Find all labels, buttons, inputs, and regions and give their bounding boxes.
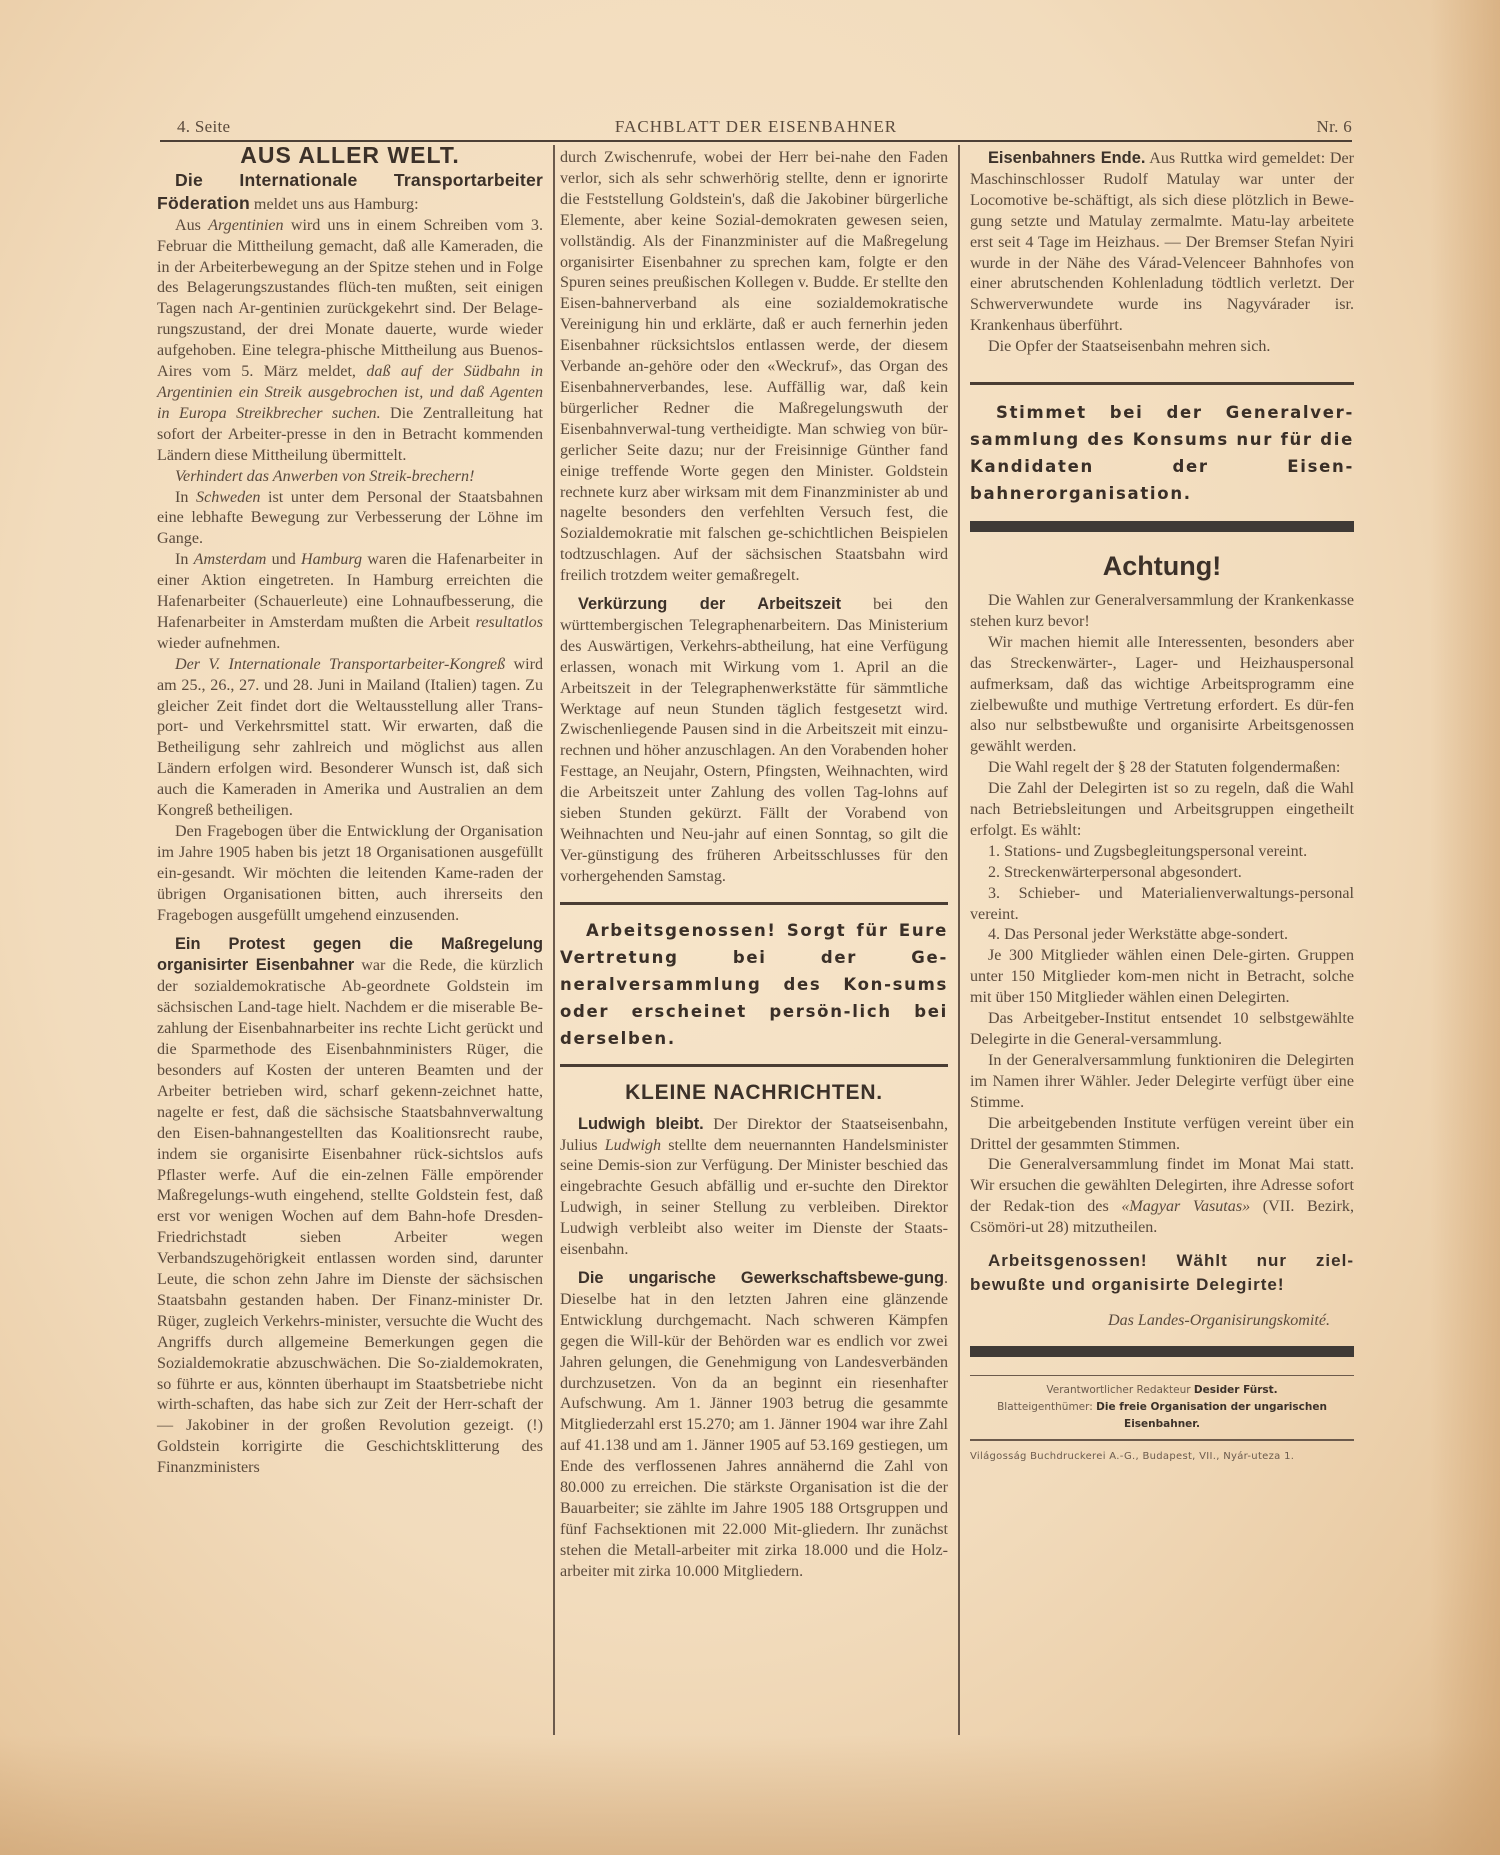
column-divider <box>553 145 555 1735</box>
notice-list-item: 1. Stations- und Zugsbegleitungspersonal… <box>970 842 1354 863</box>
article-working-hours: Verkürzung der Arbeitszeit bei den württ… <box>560 594 948 888</box>
article-lead: Verkürzung der Arbeitszeit <box>578 595 841 613</box>
article-lead: Eisenbahners Ende. <box>988 149 1145 167</box>
notice-paragraph: In der Generalversammlung funktioniren d… <box>970 1051 1354 1114</box>
separator-bar <box>970 521 1354 532</box>
article-lead: Ludwigh bleibt. <box>578 1115 704 1133</box>
notice-signature: Das Landes-Organisirungskomité. <box>970 1311 1330 1332</box>
notice-paragraph: Das Arbeitgeber-Institut entsendet 10 se… <box>970 1009 1354 1051</box>
article-protest: Ein Protest gegen die Maßregelung organi… <box>157 934 543 1480</box>
article-eisenbahners-ende: Eisenbahners Ende. Aus Ruttka wird gemel… <box>970 148 1354 337</box>
notice-appeal: Arbeitsgenossen! Wählt nur ziel-bewußte … <box>970 1249 1354 1297</box>
separator-bar <box>970 1346 1354 1357</box>
column-right: Eisenbahners Ende. Aus Ruttka wird gemel… <box>970 148 1354 1468</box>
article-protest-continued: durch Zwischenrufe, wobei der Herr bei-n… <box>560 148 948 587</box>
notice-title-achtung: Achtung! <box>970 556 1354 577</box>
separator-rule <box>560 902 948 905</box>
imprint-printer: Világosság Buchdruckerei A.-G., Budapest… <box>970 1447 1354 1468</box>
imprint-editor: Verantwortlicher Redakteur Desider Fürst… <box>970 1382 1354 1399</box>
masthead-title: FACHBLATT DER EISENBAHNER <box>160 117 1352 137</box>
separator-rule <box>970 382 1354 385</box>
article-itf: Die Internationale Transportarbeiter Föd… <box>157 170 543 216</box>
callout-konsum-vertretung: Arbeitsgenossen! Sorgt für Eure Vertretu… <box>560 917 948 1052</box>
notice-paragraph: Je 300 Mitglieder wählen einen Dele-girt… <box>970 946 1354 1009</box>
article-lead: Die ungarische Gewerkschaftsbewe-gung <box>578 1269 944 1287</box>
separator-rule <box>560 1064 948 1067</box>
issue-number: Nr. 6 <box>1317 117 1353 137</box>
page-bottom-shadow <box>0 1735 1500 1855</box>
column-middle: durch Zwischenrufe, wobei der Herr bei-n… <box>560 148 948 1583</box>
section-title-aus-aller-welt: AUS ALLER WELT. <box>157 145 543 166</box>
notice-paragraph: Die Wahl regelt der § 28 der Statuten fo… <box>970 758 1354 779</box>
article-ludwigh: Ludwigh bleibt. Der Direktor der Staatse… <box>560 1114 948 1261</box>
article-trade-unions: Die ungarische Gewerkschaftsbewe-gung. D… <box>560 1268 948 1583</box>
notice-paragraph: Die Wahlen zur Generalversammlung der Kr… <box>970 591 1354 633</box>
separator-rule <box>970 1375 1354 1377</box>
notice-paragraph: Die Generalversammlung findet im Monat M… <box>970 1155 1354 1239</box>
article-victims: Die Opfer der Staatseisenbahn mehren sic… <box>970 337 1354 358</box>
section-title-kleine-nachrichten: KLEINE NACHRICHTEN. <box>560 1083 948 1104</box>
article-questionnaire: Den Fragebogen über die Entwicklung der … <box>157 822 543 927</box>
article-argentina: Aus Argentinien wird uns in einem Schrei… <box>157 216 543 467</box>
page-header: 4. Seite FACHBLATT DER EISENBAHNER Nr. 6 <box>160 117 1352 139</box>
notice-body: Die Wahlen zur Generalversammlung der Kr… <box>970 591 1354 1239</box>
notice-list-item: 4. Das Personal jeder Werkstätte abge-so… <box>970 925 1354 946</box>
notice-list-item: 2. Streckenwärterpersonal abgesondert. <box>970 863 1354 884</box>
column-left: AUS ALLER WELT. Die Internationale Trans… <box>157 145 543 1479</box>
notice-paragraph: Wir machen hiemit alle Interessenten, be… <box>970 633 1354 758</box>
separator-rule <box>970 1439 1354 1441</box>
article-amsterdam: In Amsterdam und Hamburg waren die Hafen… <box>157 550 543 655</box>
imprint: Verantwortlicher Redakteur Desider Fürst… <box>970 1382 1354 1433</box>
notice-paragraph: Die arbeitgebenden Institute verfügen ve… <box>970 1114 1354 1156</box>
imprint-owner: Blatteigenthümer: Die freie Organisation… <box>970 1399 1354 1433</box>
notice-paragraph: Die Zahl der Delegirten ist so zu regeln… <box>970 779 1354 842</box>
page-edge-shadow <box>1430 0 1500 1855</box>
article-sweden: In Schweden ist unter dem Personal der S… <box>157 488 543 551</box>
strike-warning: Verhindert das Anwerben von Streik-brech… <box>157 467 543 488</box>
notice-list-item: 3. Schieber- und Materialienverwaltungs-… <box>970 884 1354 926</box>
callout-konsum-kandidaten: Stimmet bei der Generalver-sammlung des … <box>970 399 1354 507</box>
column-divider <box>958 145 960 1735</box>
article-congress: Der V. Internationale Transportarbeiter-… <box>157 655 543 822</box>
